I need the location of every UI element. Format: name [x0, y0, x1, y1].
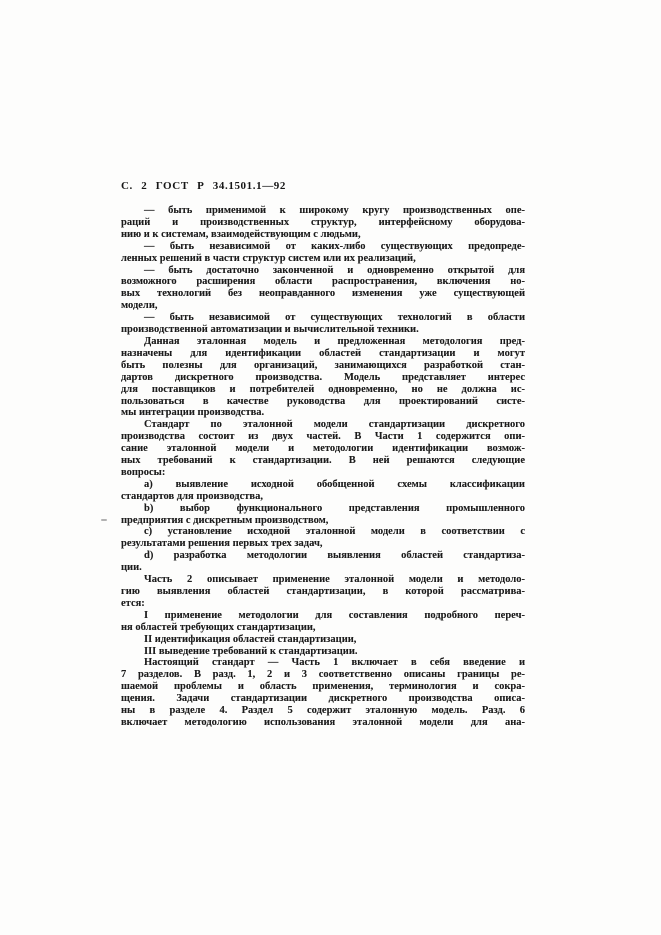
text-line: Настоящий стандарт — Часть 1 включает в …	[121, 657, 525, 669]
paragraph: Данная эталонная модель и предложенная м…	[121, 336, 525, 419]
text-line: II идентификация областей стандартизации…	[121, 634, 525, 646]
text-line: для поставщиков и потребителей одновреме…	[121, 384, 525, 396]
text-line: вопросы:	[121, 467, 525, 479]
scan-artifact-dash	[101, 519, 107, 521]
text-line: ленных решений в части структур систем и…	[121, 253, 525, 265]
text-line: предприятия с дискретным производством,	[121, 515, 525, 527]
document-body: — быть применимой к широкому кругу произ…	[121, 205, 525, 729]
text-line: возможного расширения области распростра…	[121, 276, 525, 288]
text-line: 7 разделов. В разд. 1, 2 и 3 соответстве…	[121, 669, 525, 681]
text-line: Данная эталонная модель и предложенная м…	[121, 336, 525, 348]
text-line: модели,	[121, 300, 525, 312]
text-line: ется:	[121, 598, 525, 610]
paragraph: d) разработка методологии выявления обла…	[121, 550, 525, 574]
text-line: ции.	[121, 562, 525, 574]
text-line: сание эталонной модели и методологии иде…	[121, 443, 525, 455]
text-line: I применение методологии для составления…	[121, 610, 525, 622]
paragraph: с) установление исходной эталонной модел…	[121, 526, 525, 550]
text-line: — быть независимой от каких-либо существ…	[121, 241, 525, 253]
text-line: ня областей требующих стандартизации,	[121, 622, 525, 634]
text-line: — быть достаточно законченной и одноврем…	[121, 265, 525, 277]
paragraph: — быть независимой от существующих техно…	[121, 312, 525, 336]
text-line: щения. Задачи стандартизации дискретного…	[121, 693, 525, 705]
paragraph: Часть 2 описывает применение эталонной м…	[121, 574, 525, 610]
text-line: включает методологию использования этало…	[121, 717, 525, 729]
text-line: — быть независимой от существующих техно…	[121, 312, 525, 324]
text-line: III выведение требований к стандартизаци…	[121, 646, 525, 658]
page-header: С. 2 ГОСТ Р 34.1501.1—92	[121, 180, 286, 192]
text-line: быть полезны для организаций, занимающих…	[121, 360, 525, 372]
paragraph: I применение методологии для составления…	[121, 610, 525, 634]
text-line: шаемой проблемы и область применения, те…	[121, 681, 525, 693]
paragraph: — быть достаточно законченной и одноврем…	[121, 265, 525, 313]
text-line: результатами решения первых трех задач,	[121, 538, 525, 550]
paragraph: II идентификация областей стандартизации…	[121, 634, 525, 646]
paragraph: Стандарт по эталонной модели стандартиза…	[121, 419, 525, 479]
paragraph: — быть применимой к широкому кругу произ…	[121, 205, 525, 241]
text-line: производства состоит из двух частей. В Ч…	[121, 431, 525, 443]
paragraph: Настоящий стандарт — Часть 1 включает в …	[121, 657, 525, 728]
text-line: ных требований к стандартизации. В ней р…	[121, 455, 525, 467]
text-line: d) разработка методологии выявления обла…	[121, 550, 525, 562]
text-line: b) выбор функционального представления п…	[121, 503, 525, 515]
text-line: нию и к системам, взаимодействующим с лю…	[121, 229, 525, 241]
scanned-document-page: С. 2 ГОСТ Р 34.1501.1—92 — быть применим…	[0, 0, 661, 935]
text-line: — быть применимой к широкому кругу произ…	[121, 205, 525, 217]
text-line: пользоваться в качестве руководства для …	[121, 396, 525, 408]
text-line: мы интеграции производства.	[121, 407, 525, 419]
text-line: вых технологий без неоправданного измене…	[121, 288, 525, 300]
text-line: стандартов для производства,	[121, 491, 525, 503]
text-line: гию выявления областей стандартизации, в…	[121, 586, 525, 598]
text-line: назначены для идентификации областей ста…	[121, 348, 525, 360]
paragraph: III выведение требований к стандартизаци…	[121, 646, 525, 658]
text-line: с) установление исходной эталонной модел…	[121, 526, 525, 538]
text-line: производственной автоматизации и вычисли…	[121, 324, 525, 336]
paragraph: а) выявление исходной обобщенной схемы к…	[121, 479, 525, 503]
text-line: ны в разделе 4. Раздел 5 содержит эталон…	[121, 705, 525, 717]
text-line: а) выявление исходной обобщенной схемы к…	[121, 479, 525, 491]
paragraph: b) выбор функционального представления п…	[121, 503, 525, 527]
text-line: дартов дискретного производства. Модель …	[121, 372, 525, 384]
text-line: Часть 2 описывает применение эталонной м…	[121, 574, 525, 586]
paragraph: — быть независимой от каких-либо существ…	[121, 241, 525, 265]
text-line: раций и производственных структур, интер…	[121, 217, 525, 229]
text-line: Стандарт по эталонной модели стандартиза…	[121, 419, 525, 431]
